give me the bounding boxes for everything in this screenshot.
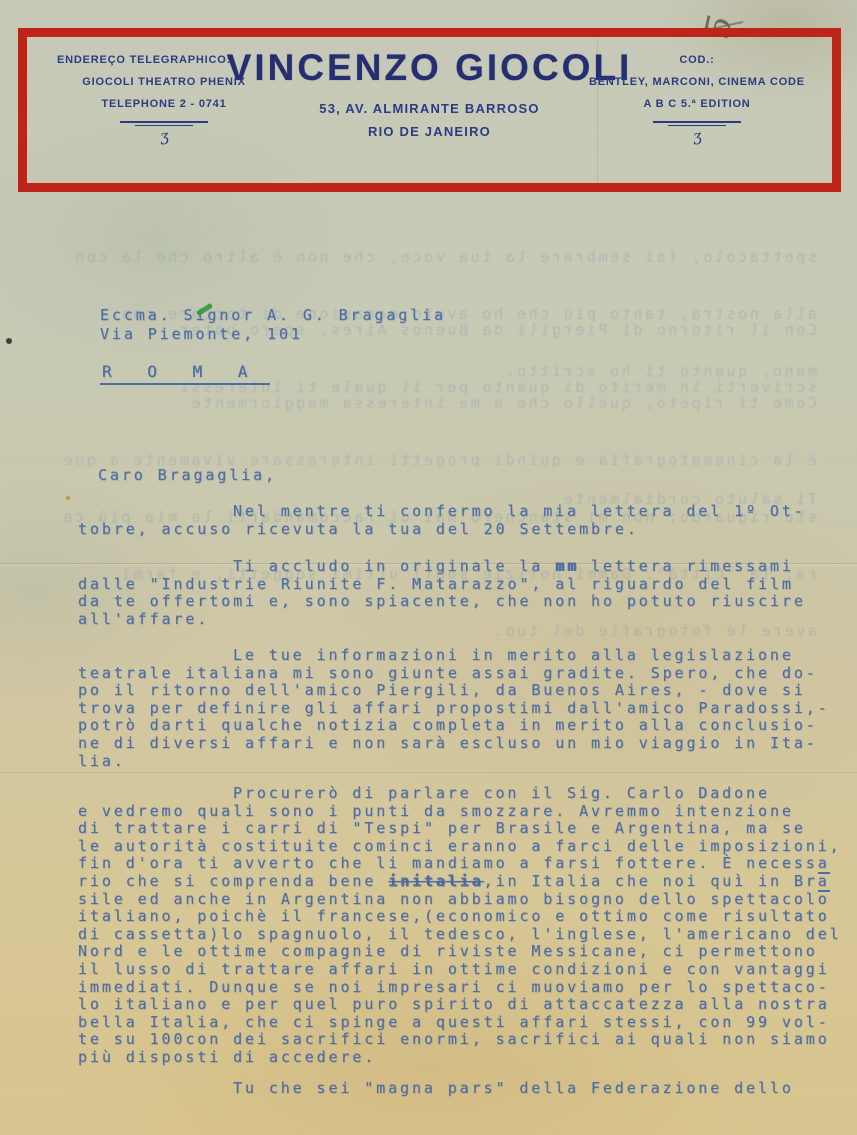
paper-speck <box>66 496 70 500</box>
letter-line: tobre, accuso ricevuta la tua del 20 Set… <box>78 521 806 539</box>
letter-line: dalle "Industrie Riunite F. Matarazzo", … <box>78 576 806 594</box>
letter-line: Nel mentre ti confermo la mia lettera de… <box>78 503 806 521</box>
letter-line: rio che si comprenda bene initalia,in It… <box>78 873 842 891</box>
letter-line: fin d'ora ti avverto che li mandiamo a f… <box>78 855 842 873</box>
letter-line: bella Italia, che ci spinge a questi aff… <box>78 1014 842 1032</box>
letter-line: sile ed anche in Argentina non abbiamo b… <box>78 891 842 909</box>
underlined-letter: a <box>818 872 830 892</box>
letter-line: te su 100con dei sacrifici enormi, sacri… <box>78 1031 842 1049</box>
salutation: Caro Bragaglia, <box>98 466 277 484</box>
letter-line: all'affare. <box>78 611 806 629</box>
letter-line: le autorità costituite cominci eranno a … <box>78 838 842 856</box>
letter-line: lia. <box>78 753 830 771</box>
recipient-street: Via Piemonte, 101 <box>100 325 303 343</box>
struck-out-word: initalia <box>388 872 483 890</box>
letter-line: Tu che sei "magna pars" della Federazion… <box>78 1080 794 1098</box>
recipient-city: R O M A <box>100 362 270 385</box>
letter-line: ne di diversi affari e non sarà escluso … <box>78 735 830 753</box>
overtyped-correction: mm <box>555 557 579 575</box>
letter-line: teatrale italiana mi sono giunte assai g… <box>78 665 830 683</box>
letter-line: Procurerò di parlare con il Sig. Carlo D… <box>78 785 842 803</box>
paragraph-4: Procurerò di parlare con il Sig. Carlo D… <box>78 785 842 1067</box>
letterhead-frame: ENDEREÇO TELEGRAPHICO: GIOCOLI THEATRO P… <box>18 28 841 192</box>
paper-crease <box>0 772 857 773</box>
paragraph-5: Tu che sei "magna pars" della Federazion… <box>78 1080 794 1098</box>
paragraph-1: Nel mentre ti confermo la mia lettera de… <box>78 503 806 538</box>
letter-line: immediati. Dunque se noi impresari ci mu… <box>78 979 842 997</box>
letter-line: Le tue informazioni in merito alla legis… <box>78 647 830 665</box>
flourish-icon: ʒ <box>572 121 822 145</box>
letter-line: po il ritorno dell'amico Piergili, da Bu… <box>78 682 830 700</box>
letterhead-right-block: COD.: BENTLEY, MARCONI, CINEMA CODE A B … <box>572 49 822 145</box>
letter-line: più disposti di accedere. <box>78 1049 842 1067</box>
code-list: BENTLEY, MARCONI, CINEMA CODE <box>572 71 822 93</box>
recipient-name: Eccma. Signor A. G. Bragaglia <box>100 306 446 324</box>
letter-line: Ti accludo in originale la mm lettera ri… <box>78 558 806 576</box>
letter-line: di trattare i carri di "Tespi" per Brasi… <box>78 820 842 838</box>
code-label: COD.: <box>572 49 822 71</box>
paragraph-3: Le tue informazioni in merito alla legis… <box>78 647 830 770</box>
letter-line: italiano, poichè il francese,(economico … <box>78 908 842 926</box>
letter-line: il lusso di trattare affari in ottime co… <box>78 961 842 979</box>
letter-line: di cassetta)lo spagnuolo, il tedesco, l'… <box>78 926 842 944</box>
letter-line: lo italiano e per quel puro spirito di a… <box>78 996 842 1014</box>
code-edition: A B C 5.ª EDITION <box>572 93 822 115</box>
letter-line: e vedremo quali sono i punti da smozzare… <box>78 803 842 821</box>
letter-line: potrò darti qualche notizia completa in … <box>78 717 830 735</box>
paragraph-2: Ti accludo in originale la mm lettera ri… <box>78 558 806 628</box>
letter-line: trova per definire gli affari propostimi… <box>78 700 830 718</box>
letter-line: Nord e le ottime compagnie di riviste Me… <box>78 943 842 961</box>
scanned-letter-page: 5 ENDEREÇO TELEGRAPHICO: GIOCOLI THEATRO… <box>0 0 857 1135</box>
ink-dot <box>6 338 12 344</box>
letter-line: da te offertomi e, sono spiacente, che n… <box>78 593 806 611</box>
